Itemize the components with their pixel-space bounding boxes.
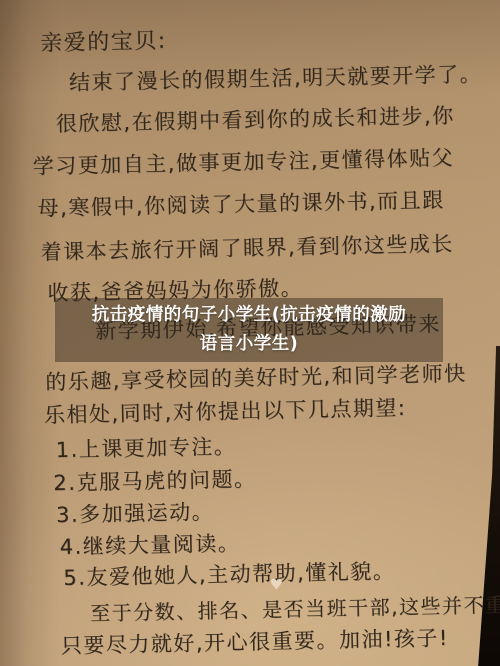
letter-salutation: 亲爱的宝贝: [40, 24, 167, 58]
caption-overlay: 抗击疫情的句子小学生(抗击疫情的激励语言小学生) [55, 298, 443, 362]
letter-line: 母,寒假中,你阅读了大量的课外书,而且跟 [37, 184, 445, 223]
letter-list-item: 1.上课更加专注。 [55, 430, 236, 464]
letter-line: 乐相处,同时,对你提出以下几点期望: [44, 392, 407, 430]
heart-icon: ♥ [269, 575, 283, 593]
letter-list-item: 4.继续大量阅读。 [59, 527, 240, 561]
letter-list-item: 2.克服马虎的问题。 [53, 463, 257, 497]
caption-overlay-title: 抗击疫情的句子小学生(抗击疫情的激励语言小学生) [84, 301, 414, 359]
letter-line: 很欣慰,在假期中看到你的成长和进步,你 [56, 100, 455, 138]
letter-list-item: 3.多加强运动。 [56, 496, 215, 529]
letter-closing-line: 只要尽力就好,开心很重要。加油!孩子! [60, 622, 449, 660]
letter-line: 结束了漫长的假期生活,明天就要开学了。 [69, 58, 483, 97]
letter-line: 着课本去旅行开阔了眼界,看到你这些成长 [40, 228, 454, 267]
letter-list-item: 5.友爱他她人,主动帮助,懂礼貌。 [63, 555, 395, 592]
photo-of-handwritten-letter: 亲爱的宝贝: 结束了漫长的假期生活,明天就要开学了。 很欣慰,在假期中看到你的成… [0, 0, 500, 666]
letter-line: 学习更加自主,做事更加专注,更懂得体贴父 [32, 142, 454, 181]
letter-line: 的乐趣,享受校园的美好时光,和同学老师快 [45, 358, 467, 397]
letter-line: 至于分数、排名、是否当班干部,这些并不重要, [90, 588, 500, 626]
